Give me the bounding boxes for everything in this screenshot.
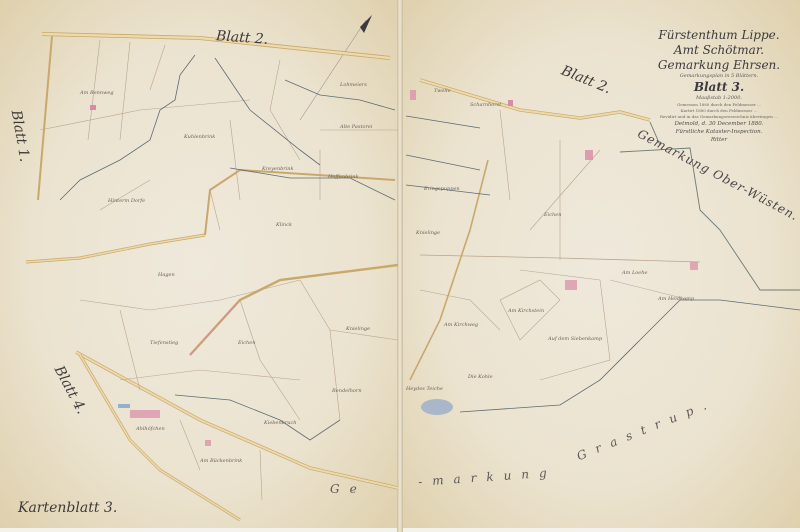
field-label: Kreyenbrink: [262, 166, 294, 172]
field-label: Am Rennweg: [80, 90, 114, 96]
principality-title: Fürstenthum Lippe.: [644, 28, 794, 43]
title-cartouche: Fürstenthum Lippe. Amt Schötmar. Gemarku…: [644, 28, 794, 144]
place-date: Detmold, d. 30 December 1880.: [644, 120, 794, 128]
field-label: Eichen: [544, 212, 561, 218]
district-title: Amt Schötmar.: [644, 43, 794, 58]
field-label: Klinck: [276, 222, 292, 228]
field-label: Am Bückenbrink: [200, 458, 242, 464]
field-label: Eringspuppen: [424, 186, 460, 192]
neighbor-label-south-1: Ge: [330, 482, 367, 496]
field-label: Am Kirchstein: [508, 308, 544, 314]
map-sheet-label: Kartenblatt 3.: [18, 500, 117, 516]
field-label: Knielinge: [416, 230, 440, 236]
field-label: Kuhlenbrink: [184, 134, 215, 140]
field-label: Auf dem Siebenkamp: [548, 336, 602, 342]
field-label: Am Heidkamp: [658, 296, 694, 302]
field-label: Am Kirchweg: [444, 322, 478, 328]
field-label: Rendelhorn: [332, 388, 362, 394]
field-label: Heydes Teiche: [406, 386, 443, 392]
field-label: Tiefenstieg: [150, 340, 178, 346]
field-label: Ahlhöfchen: [136, 426, 165, 432]
field-label: Hinterm Dorfe: [108, 198, 145, 204]
issuing-office: Fürstliche Kataster-Inspection.: [644, 128, 794, 136]
field-label: Eichen: [238, 340, 255, 346]
field-label: Hagen: [158, 272, 175, 278]
field-label: Lohmeiers: [340, 82, 367, 88]
field-label: Scharnhorst: [470, 102, 501, 108]
field-label: Hoffenbrink: [328, 174, 359, 180]
field-label: Am Loehe: [622, 270, 647, 276]
sheet-number: Blatt 3.: [644, 80, 794, 95]
field-label: Twelle: [434, 88, 451, 94]
scale-label: Maaßstab 1:2000.: [644, 95, 794, 102]
field-label: Knielinge: [346, 326, 370, 332]
field-label: Die Kohle: [468, 374, 493, 380]
municipality-title: Gemarkung Ehrsen.: [644, 58, 794, 73]
field-label: Kiebenbruch: [264, 420, 297, 426]
field-label: Alte Pastorei: [340, 124, 372, 130]
north-arrow-icon: [300, 15, 372, 120]
plan-description: Gemarkungsplan in 5 Blättern.: [644, 73, 794, 80]
